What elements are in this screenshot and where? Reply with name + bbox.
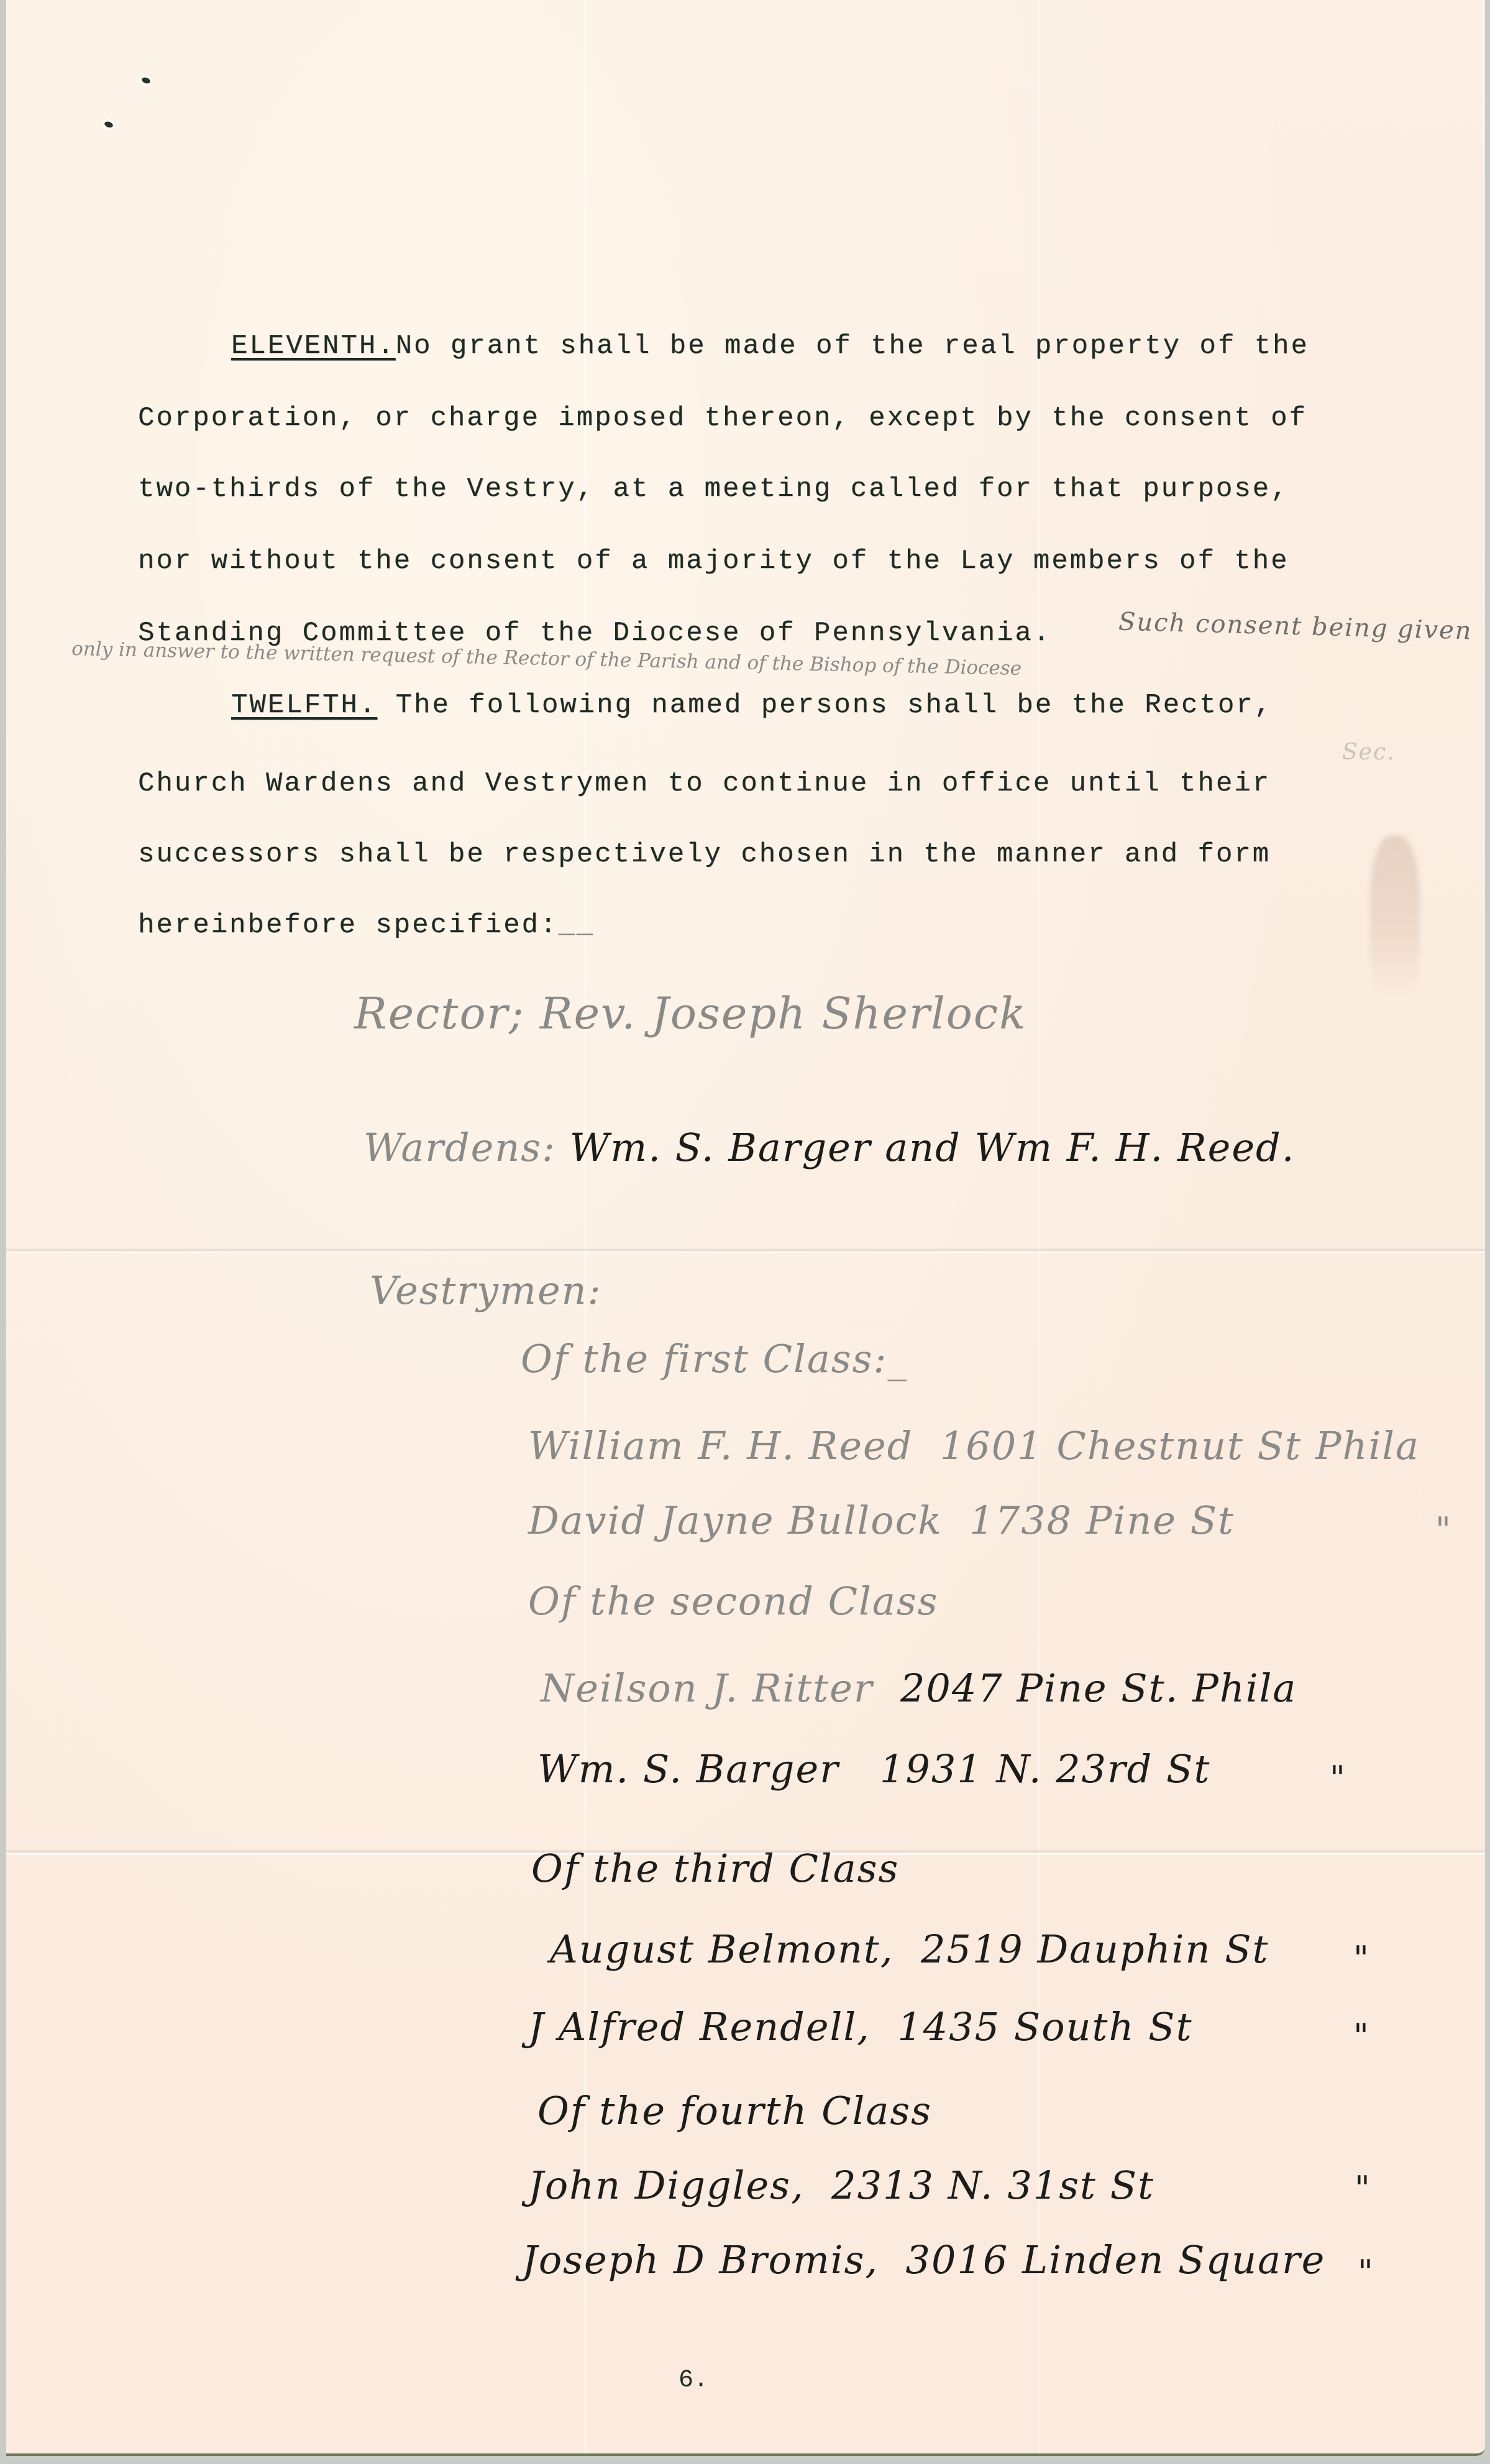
vestryman-address: 1435 South St bbox=[897, 2004, 1192, 2050]
vestryman-entry: John Diggles, 2313 N. 31st St bbox=[528, 2163, 1154, 2208]
ditto-mark: " bbox=[1353, 1939, 1369, 1978]
staple-hole bbox=[104, 121, 114, 129]
vestryman-address: 2519 Dauphin St bbox=[921, 1926, 1269, 1972]
vestryman-name: Wm. S. Barger bbox=[537, 1746, 839, 1792]
vestryman-address: 1931 N. 23rd St bbox=[880, 1746, 1211, 1792]
ditto-mark: " bbox=[1355, 2169, 1370, 2208]
page-number: 6. bbox=[679, 2366, 708, 2394]
eleventh-line-2: Corporation, or charge imposed thereon, … bbox=[138, 403, 1307, 434]
staple-hole bbox=[141, 76, 151, 85]
rector-entry: Rector; Rev. Joseph Sherlock bbox=[354, 988, 1027, 1039]
vestryman-address: 1601 Chestnut St Phila bbox=[940, 1423, 1420, 1468]
paper-crease bbox=[584, 0, 587, 2453]
vestryman-name: J Alfred Rendell, bbox=[528, 2004, 871, 2050]
vestryman-name: August Belmont, bbox=[550, 1926, 894, 1972]
eleventh-line-3: two-thirds of the Vestry, at a meeting c… bbox=[138, 474, 1289, 505]
class-1-label: Of the first Class:_ bbox=[521, 1336, 908, 1381]
document-page: ELEVENTH.No grant shall be made of the r… bbox=[6, 0, 1485, 2456]
ditto-mark: " bbox=[1330, 1759, 1345, 1798]
eleventh-line-4: nor without the consent of a majority of… bbox=[138, 546, 1289, 577]
vestryman-entry: William F. H. Reed 1601 Chestnut St Phil… bbox=[528, 1423, 1420, 1468]
vestryman-entry: J Alfred Rendell, 1435 South St bbox=[528, 2004, 1192, 2050]
twelfth-text-end: hereinbefore specified: bbox=[138, 910, 558, 941]
twelfth-line-2: Church Wardens and Vestrymen to continue… bbox=[138, 768, 1271, 799]
margin-note: Sec. bbox=[1342, 740, 1396, 765]
vestryman-entry: David Jayne Bullock 1738 Pine St bbox=[528, 1498, 1235, 1543]
twelfth-text: The following named persons shall be the… bbox=[396, 690, 1273, 721]
ditto-mark: " bbox=[1435, 1510, 1451, 1549]
paper-crease bbox=[1038, 0, 1040, 2453]
vestryman-address: 2313 N. 31st St bbox=[831, 2163, 1154, 2208]
vestryman-entry: Wm. S. Barger 1931 N. 23rd St bbox=[537, 1746, 1210, 1792]
ditto-mark: " bbox=[1358, 2253, 1373, 2292]
vestryman-address: 1738 Pine St bbox=[969, 1498, 1235, 1543]
eleventh-text: No grant shall be made of the real prope… bbox=[396, 331, 1309, 362]
vestryman-name: William F. H. Reed bbox=[528, 1423, 913, 1468]
trailing-dash: __ bbox=[558, 910, 595, 941]
wardens-entry: Wardens: Wm. S. Barger and Wm F. H. Reed… bbox=[363, 1125, 1295, 1170]
vestryman-address: 3016 Linden Square bbox=[906, 2237, 1326, 2283]
eleventh-line-1: ELEVENTH.No grant shall be made of the r… bbox=[231, 331, 1309, 362]
vestryman-name: John Diggles, bbox=[528, 2163, 805, 2208]
vestryman-name: Neilson J. Ritter bbox=[541, 1665, 874, 1711]
vestryman-name: Joseph D Bromis, bbox=[522, 2237, 879, 2283]
class-3-label: Of the third Class bbox=[531, 1846, 899, 1891]
class-2-label: Of the second Class bbox=[528, 1578, 938, 1624]
vestryman-name: David Jayne Bullock bbox=[528, 1498, 943, 1543]
ditto-mark: " bbox=[1353, 2017, 1369, 2056]
eleventh-heading: ELEVENTH. bbox=[231, 331, 396, 362]
paper-stain bbox=[1370, 836, 1420, 997]
fold-line bbox=[6, 1248, 1485, 1254]
wardens-label: Wardens: bbox=[363, 1125, 556, 1170]
vestrymen-label: Vestrymen: bbox=[370, 1268, 601, 1313]
class-4-label: Of the fourth Class bbox=[537, 2088, 932, 2133]
vestryman-address: 2047 Pine St. Phila bbox=[900, 1665, 1297, 1711]
insertion-line-1: Such consent being given bbox=[1118, 608, 1473, 646]
vestryman-entry: August Belmont, 2519 Dauphin St bbox=[550, 1926, 1269, 1972]
twelfth-heading: TWELFTH. bbox=[231, 690, 377, 721]
vestryman-entry: Neilson J. Ritter 2047 Pine St. Phila bbox=[541, 1665, 1297, 1711]
twelfth-line-4: hereinbefore specified:__ bbox=[138, 910, 595, 941]
twelfth-line-1: TWELFTH. The following named persons sha… bbox=[231, 690, 1273, 721]
vestryman-entry: Joseph D Bromis, 3016 Linden Square bbox=[522, 2237, 1325, 2283]
twelfth-line-3: successors shall be respectively chosen … bbox=[138, 839, 1271, 870]
wardens-names: Wm. S. Barger and Wm F. H. Reed. bbox=[570, 1125, 1296, 1170]
